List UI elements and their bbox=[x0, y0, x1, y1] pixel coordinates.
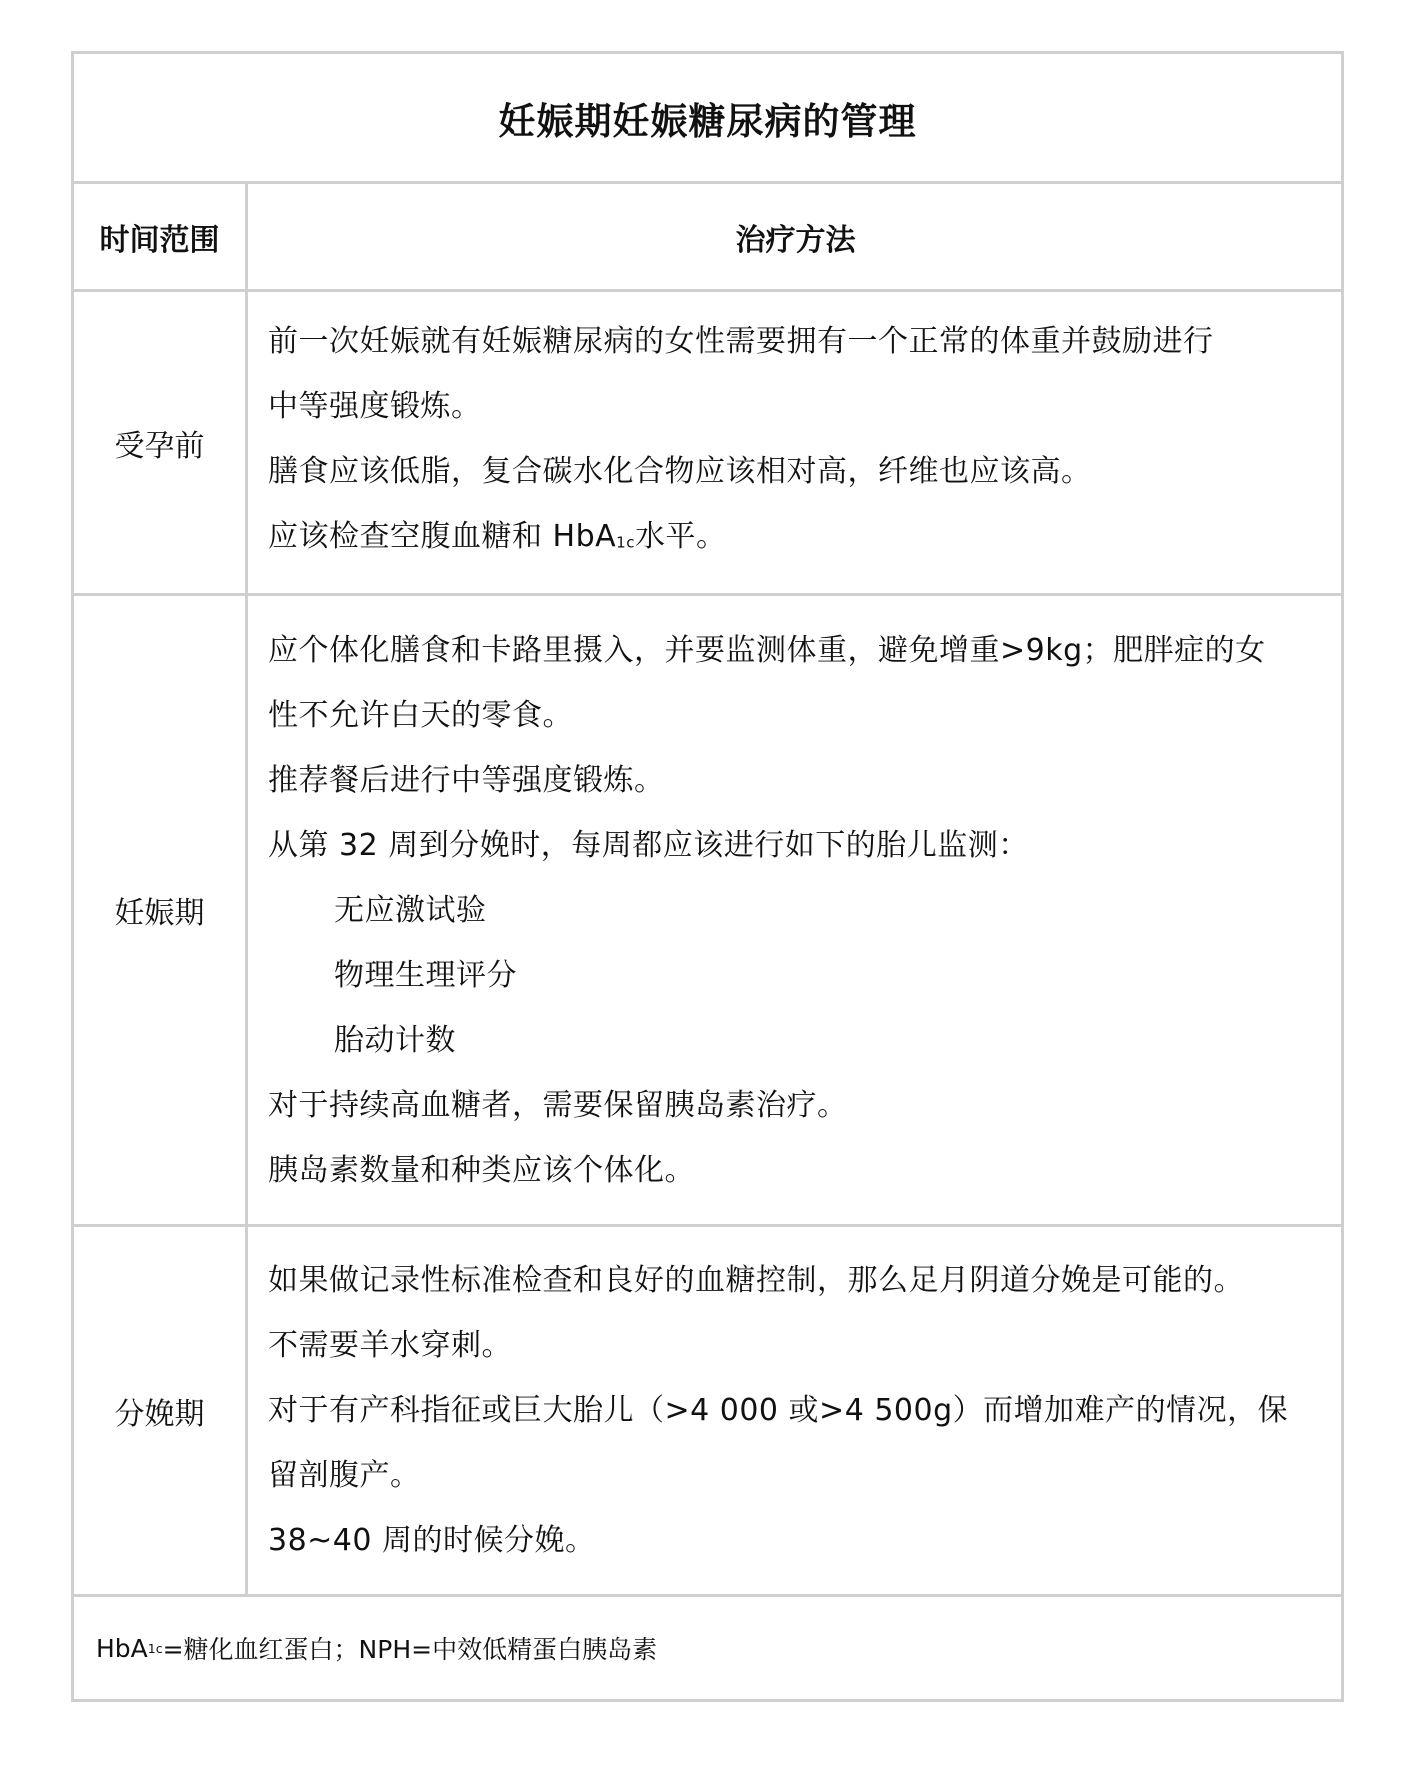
monitoring-item: 无应激试验 bbox=[268, 878, 1323, 943]
treatment-line: 对于有产科指征或巨大胎儿（>4 000 或>4 500g）而增加难产的情况，保 bbox=[268, 1378, 1323, 1443]
line-text: 水平。 bbox=[635, 519, 727, 554]
monitoring-item: 物理生理评分 bbox=[268, 943, 1323, 1008]
treatment-line: 留剖腹产。 bbox=[268, 1443, 1323, 1508]
treatment-line: 38~40 周的时候分娩。 bbox=[268, 1508, 1323, 1573]
treatment-line: 对于持续高血糖者，需要保留胰岛素治疗。 bbox=[268, 1073, 1323, 1138]
treatment-line: 膳食应该低脂，复合碳水化合物应该相对高，纤维也应该高。 bbox=[268, 439, 1323, 504]
header-treatment: 治疗方法 bbox=[248, 184, 1341, 289]
treatment-line: 胰岛素数量和种类应该个体化。 bbox=[268, 1138, 1323, 1203]
table-row-pregnancy: 妊娠期 应个体化膳食和卡路里摄入，并要监测体重，避免增重>9kg；肥胖症的女 性… bbox=[74, 593, 1341, 1224]
treatment-line: 推荐餐后进行中等强度锻炼。 bbox=[268, 748, 1323, 813]
header-time-range: 时间范围 bbox=[74, 184, 248, 289]
footnote-text: =糖化血红蛋白；NPH=中效低精蛋白胰岛素 bbox=[163, 1630, 657, 1666]
management-table: 妊娠期妊娠糖尿病的管理 时间范围 治疗方法 受孕前 前一次妊娠就有妊娠糖尿病的女… bbox=[71, 51, 1344, 1702]
treatment-line: 不需要羊水穿刺。 bbox=[268, 1313, 1323, 1378]
footnote-text: HbA bbox=[96, 1634, 148, 1663]
table-row-delivery: 分娩期 如果做记录性标准检查和良好的血糖控制，那么足月阴道分娩是可能的。 不需要… bbox=[74, 1224, 1341, 1594]
treatment-line: 如果做记录性标准检查和良好的血糖控制，那么足月阴道分娩是可能的。 bbox=[268, 1248, 1323, 1313]
table-row-preconception: 受孕前 前一次妊娠就有妊娠糖尿病的女性需要拥有一个正常的体重并鼓励进行 中等强度… bbox=[74, 289, 1341, 593]
table-footnote: HbA1c=糖化血红蛋白；NPH=中效低精蛋白胰岛素 bbox=[74, 1594, 1341, 1699]
treatment-line: 前一次妊娠就有妊娠糖尿病的女性需要拥有一个正常的体重并鼓励进行 bbox=[268, 309, 1323, 374]
treatment-line: 从第 32 周到分娩时，每周都应该进行如下的胎儿监测： bbox=[268, 813, 1323, 878]
treatment-line: 应该检查空腹血糖和 HbA1c水平。 bbox=[268, 504, 1323, 576]
table-title: 妊娠期妊娠糖尿病的管理 bbox=[499, 91, 917, 145]
table-title-row: 妊娠期妊娠糖尿病的管理 bbox=[74, 54, 1341, 181]
subscript: 1c bbox=[616, 534, 635, 552]
treatment-line: 应个体化膳食和卡路里摄入，并要监测体重，避免增重>9kg；肥胖症的女 bbox=[268, 618, 1323, 683]
line-text: 应该检查空腹血糖和 HbA bbox=[268, 519, 616, 554]
header-row: 时间范围 治疗方法 bbox=[74, 181, 1341, 289]
monitoring-item: 胎动计数 bbox=[268, 1008, 1323, 1073]
treatment-cell: 应个体化膳食和卡路里摄入，并要监测体重，避免增重>9kg；肥胖症的女 性不允许白… bbox=[248, 596, 1341, 1224]
treatment-line: 性不允许白天的零食。 bbox=[268, 683, 1323, 748]
period-cell: 妊娠期 bbox=[74, 596, 248, 1224]
treatment-cell: 如果做记录性标准检查和良好的血糖控制，那么足月阴道分娩是可能的。 不需要羊水穿刺… bbox=[248, 1227, 1341, 1594]
period-cell: 分娩期 bbox=[74, 1227, 248, 1594]
treatment-cell: 前一次妊娠就有妊娠糖尿病的女性需要拥有一个正常的体重并鼓励进行 中等强度锻炼。 … bbox=[248, 292, 1341, 593]
subscript: 1c bbox=[148, 1641, 163, 1656]
treatment-line: 中等强度锻炼。 bbox=[268, 374, 1323, 439]
period-cell: 受孕前 bbox=[74, 292, 248, 593]
